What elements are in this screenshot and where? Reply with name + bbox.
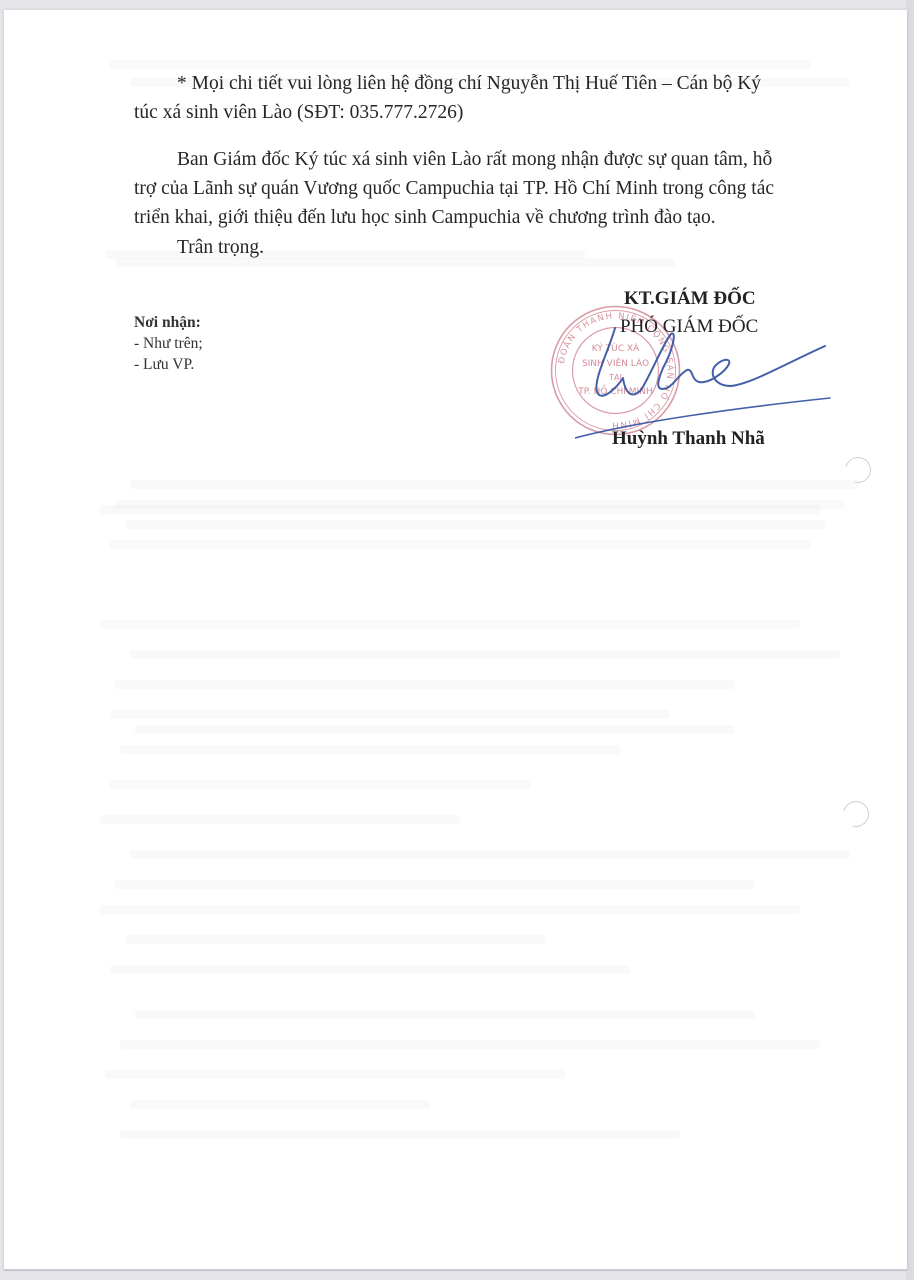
bleed-through-line xyxy=(135,1010,755,1019)
bleed-through-line xyxy=(120,1040,820,1049)
handwritten-signature xyxy=(575,320,835,440)
bleed-through-line xyxy=(100,620,800,629)
bleed-through-line xyxy=(100,905,800,914)
request-paragraph-line-3: triển khai, giới thiệu đến lưu học sinh … xyxy=(134,203,716,232)
signer-name: Huỳnh Thanh Nhã xyxy=(612,428,765,450)
bleed-through-line xyxy=(120,1130,680,1139)
bleed-through-line xyxy=(100,815,460,824)
page-bottom-edge xyxy=(4,1269,907,1271)
bleed-through-line xyxy=(110,60,810,69)
closing-text: Trân trọng. xyxy=(177,233,264,262)
request-paragraph-line-1: Ban Giám đốc Ký túc xá sinh viên Lào rất… xyxy=(177,145,772,174)
bleed-through-line xyxy=(130,480,860,489)
page-edge xyxy=(906,0,914,1280)
bleed-through-line xyxy=(125,935,545,944)
recipients-title: Nơi nhận: xyxy=(134,312,203,333)
bleed-through-line xyxy=(100,505,820,514)
bleed-through-line xyxy=(130,650,840,659)
bleed-through-line xyxy=(130,850,850,859)
contact-note-line-2: túc xá sinh viên Lào (SĐT: 035.777.2726) xyxy=(134,98,463,127)
bleed-through-line xyxy=(110,540,810,549)
bleed-through-line xyxy=(120,745,620,754)
contact-note-line-1: * Mọi chi tiết vui lòng liên hệ đồng chí… xyxy=(177,69,761,98)
request-paragraph-line-2: trợ của Lãnh sự quán Vương quốc Campuchi… xyxy=(134,174,774,203)
signature-authority: KT.GIÁM ĐỐC xyxy=(624,288,756,310)
bleed-through-line xyxy=(110,710,670,719)
recipients-block: Nơi nhận: - Như trên; - Lưu VP. xyxy=(134,312,203,375)
recipient-item: - Lưu VP. xyxy=(134,354,203,375)
bleed-through-line xyxy=(105,1070,565,1079)
bleed-through-line xyxy=(130,1100,430,1109)
bleed-through-line xyxy=(110,780,530,789)
bleed-through-line xyxy=(115,880,755,889)
bleed-through-line xyxy=(115,680,735,689)
bleed-through-line xyxy=(125,520,825,529)
recipient-item: - Như trên; xyxy=(134,333,203,354)
bleed-through-line xyxy=(110,965,630,974)
bleed-through-line xyxy=(135,725,735,734)
